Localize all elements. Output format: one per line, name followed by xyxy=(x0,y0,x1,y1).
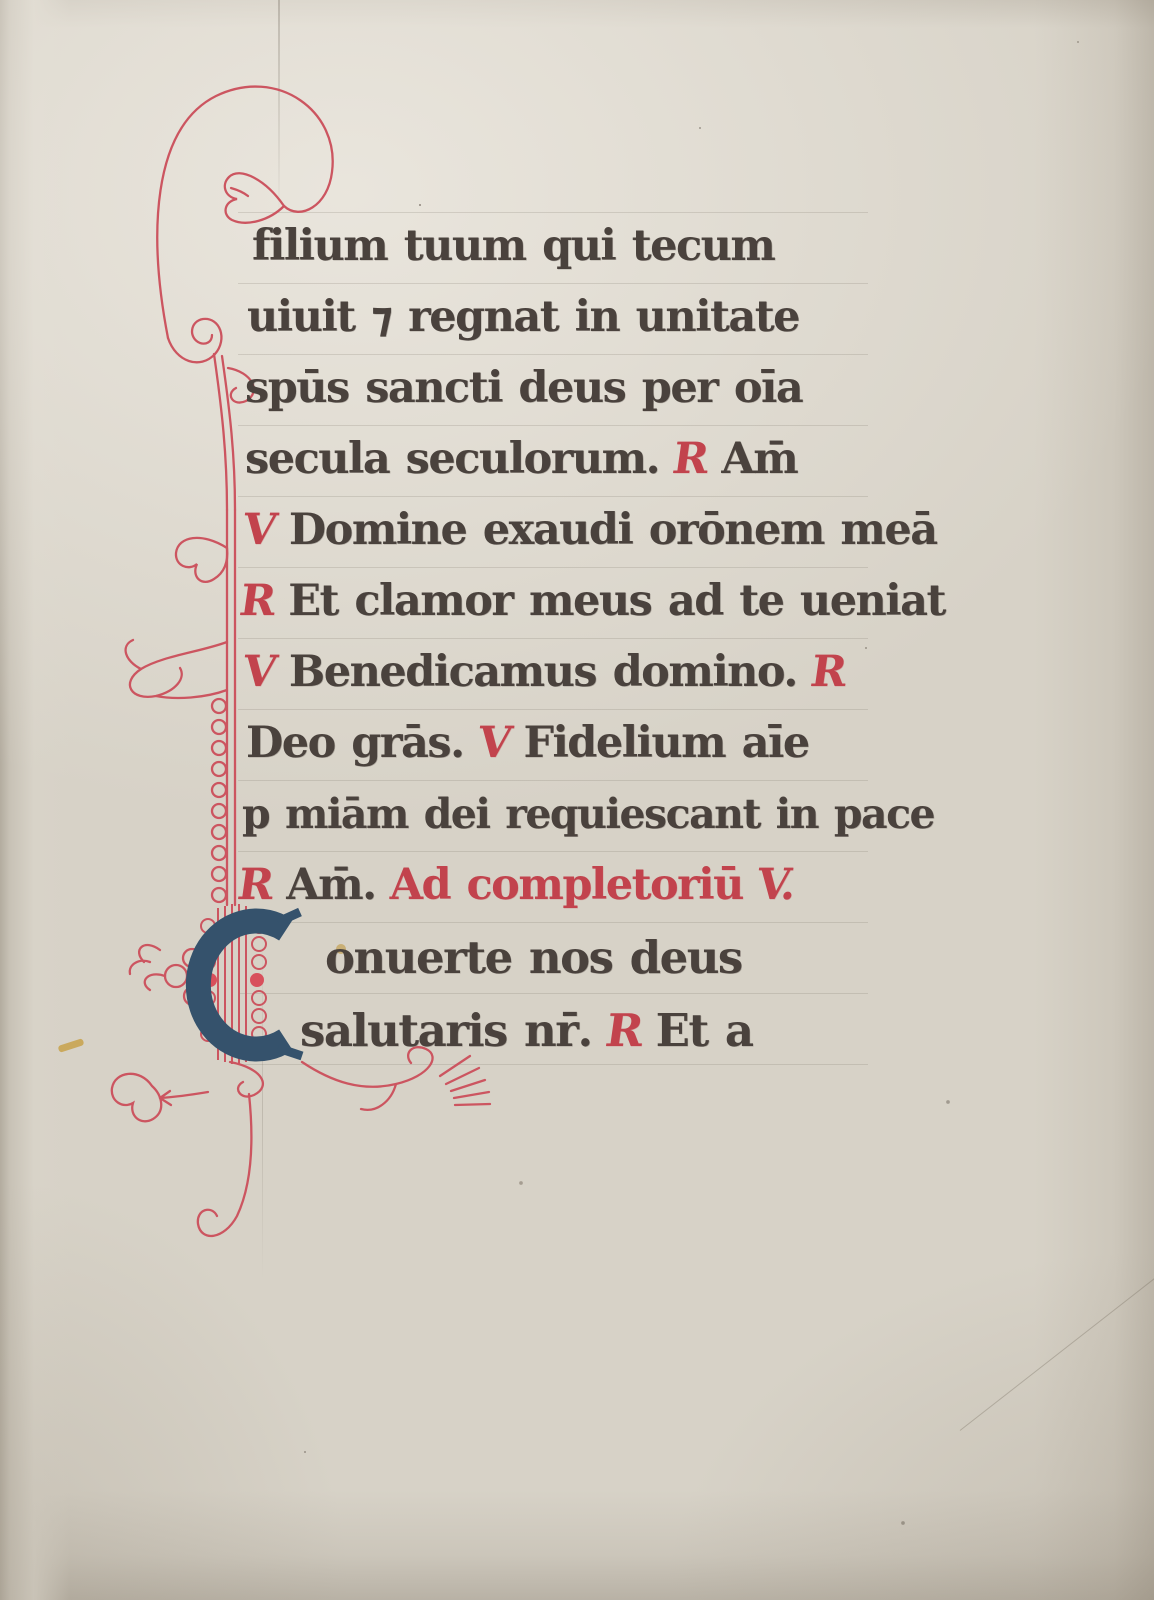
response-mark: R xyxy=(602,1004,645,1057)
line-text: secula seculorum. xyxy=(245,434,659,484)
text-line: R Et clamor meus ad te ueniat xyxy=(240,565,945,636)
line-text: Deo grās. xyxy=(246,718,464,768)
line-text: spūs sancti deus per oīa xyxy=(245,363,802,413)
line-text: Am̄. xyxy=(286,860,375,910)
line-text: Fidelium aīe xyxy=(523,718,808,768)
line-text: filium tuum qui tecum xyxy=(252,221,774,271)
text-line: Deo grās. V Fidelium aīe xyxy=(246,707,809,778)
response-mark: R xyxy=(670,434,711,484)
line-text: salutaris nr̄. xyxy=(300,1004,592,1057)
versicle-mark: V xyxy=(239,647,278,697)
response-mark: R xyxy=(236,576,277,626)
text-line: V Benedicamus domino. R xyxy=(243,636,845,707)
response-mark: R xyxy=(234,860,275,910)
manuscript-page: filium tuum qui tecum uiuit ⁊ regnat in … xyxy=(0,0,1154,1600)
response-mark: R xyxy=(807,647,848,697)
line-text: Domine exaudi orōnem meā xyxy=(289,505,937,555)
text-line: p miām dei requiescant in pace xyxy=(242,778,934,849)
text-line: R Am̄. Ad completoriū V. xyxy=(238,849,795,920)
text-line: secula seculorum. R Am̄ xyxy=(245,423,797,494)
rubric-text: Ad completoriū xyxy=(390,860,743,910)
text-line: spūs sancti deus per oīa xyxy=(245,352,802,423)
text-line: V Domine exaudi orōnem meā xyxy=(243,494,937,565)
text-block: filium tuum qui tecum uiuit ⁊ regnat in … xyxy=(0,0,1154,1600)
versicle-mark: V xyxy=(474,718,513,768)
versicle-mark: V. xyxy=(753,860,798,910)
line-text: p miām dei requiescant in pace xyxy=(242,790,934,838)
text-line: uiuit ⁊ regnat in unitate xyxy=(247,281,799,352)
line-text: onuerte nos deus xyxy=(325,931,742,984)
line-text: Et clamor meus ad te ueniat xyxy=(288,576,945,626)
line-text: uiuit ⁊ regnat in unitate xyxy=(247,292,799,342)
line-text: Et a xyxy=(656,1004,753,1057)
text-line: onuerte nos deus xyxy=(325,922,742,993)
text-line: filium tuum qui tecum xyxy=(252,210,774,281)
line-text: Benedicamus domino. xyxy=(289,647,797,697)
line-text: Am̄ xyxy=(721,434,797,484)
versicle-mark: V xyxy=(239,505,278,555)
text-line: salutaris nr̄. R Et a xyxy=(300,995,752,1066)
